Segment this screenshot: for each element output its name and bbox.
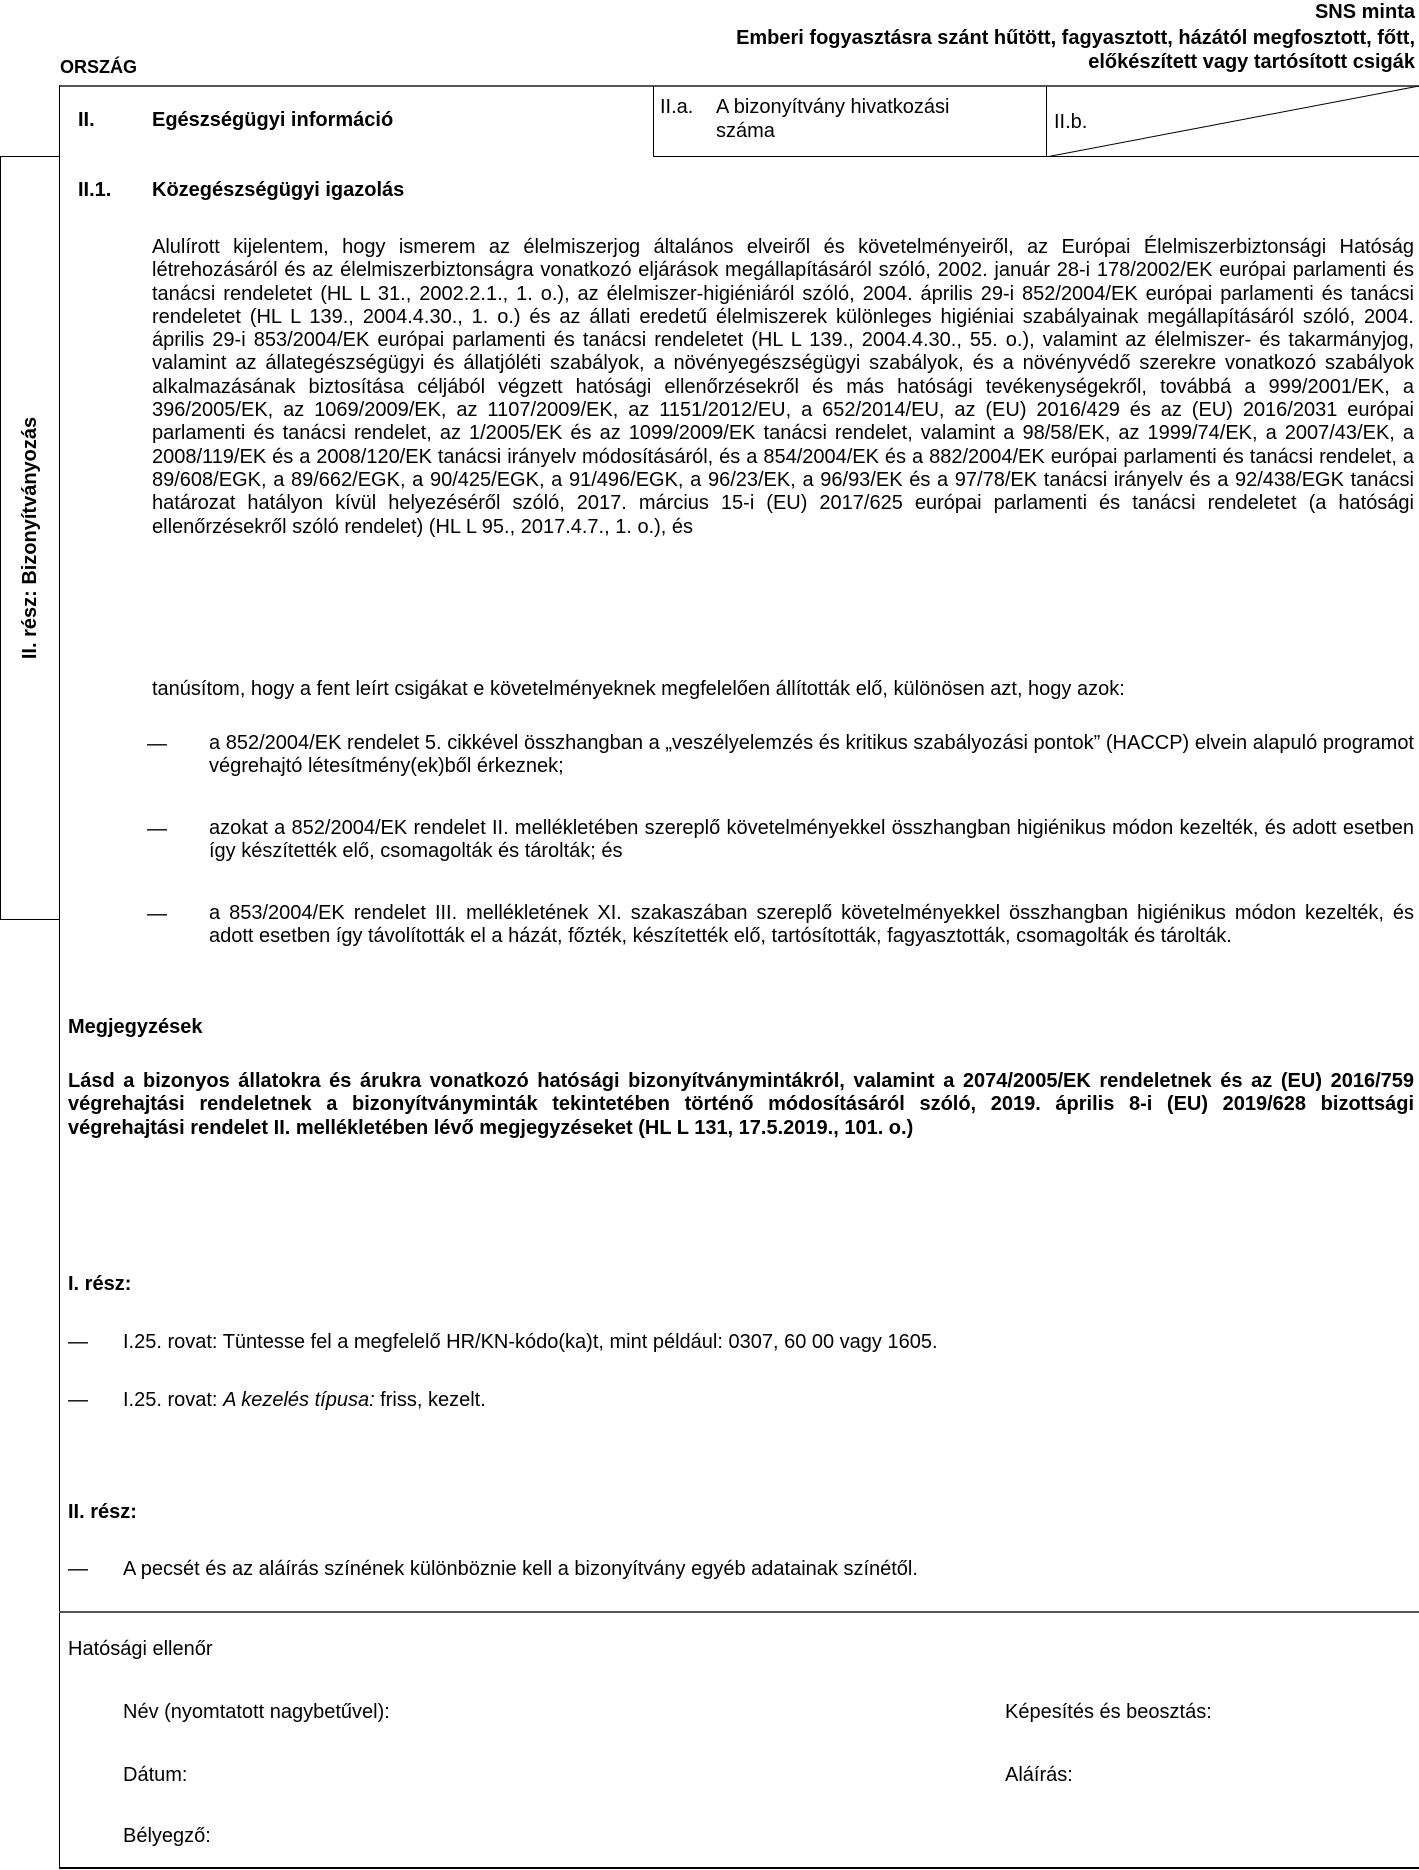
- notes-title: Megjegyzések: [68, 1015, 203, 1039]
- part1-item-text: friss, kezelt.: [375, 1389, 486, 1411]
- document-title-line1: Emberi fogyasztásra szánt hűtött, fagyas…: [736, 26, 1415, 50]
- model-label: SNS minta: [1315, 0, 1415, 24]
- ref-b-label: II.b.: [1054, 110, 1087, 134]
- document-title-line2: előkészített vagy tartósított csigák: [1088, 50, 1415, 74]
- part1-item-prefix: I.25. rovat:: [123, 1389, 223, 1411]
- bullet-item: a 852/2004/EK rendelet 5. cikkével összh…: [209, 732, 1414, 779]
- qualification-field-label[interactable]: Képesítés és beosztás:: [1005, 1700, 1212, 1724]
- part1-item: I.25. rovat: Tüntesse fel a megfelelő HR…: [123, 1330, 938, 1354]
- part1-item-text: Tüntesse fel a megfelelő HR/KN-kódo(ka)t…: [223, 1331, 938, 1353]
- section-title: Egészségügyi információ: [152, 108, 393, 132]
- sidebar-label: II. rész: Bizonyítványozás: [16, 388, 44, 688]
- ref-box-left-border: [653, 86, 654, 157]
- bullet-dash: —: [68, 1388, 88, 1412]
- notes-paragraph: Lásd a bizonyos állatokra és árukra vona…: [68, 1070, 1414, 1140]
- signature-field-label[interactable]: Aláírás:: [1005, 1763, 1073, 1787]
- part2-item: A pecsét és az aláírás színének különböz…: [123, 1557, 918, 1581]
- bullet-dash: —: [68, 1330, 88, 1354]
- main-left-border: [59, 85, 60, 1869]
- part2-title: II. rész:: [68, 1500, 137, 1524]
- bullet-dash: —: [147, 817, 167, 841]
- ref-b-diagonal-strike: [1046, 86, 1419, 157]
- ref-label-line2: száma: [716, 119, 775, 143]
- ref-label-line1: A bizonyítvány hivatkozási: [716, 95, 949, 119]
- country-label: ORSZÁG: [60, 55, 137, 79]
- signature-title: Hatósági ellenőr: [68, 1637, 213, 1661]
- part1-item-italic: A kezelés típusa:: [223, 1389, 375, 1411]
- sidebar: II. rész: Bizonyítványozás: [0, 156, 59, 920]
- part1-item-prefix: I.25. rovat:: [123, 1331, 223, 1353]
- certification-title: Közegészségügyi igazolás: [152, 178, 404, 202]
- section-number: II.: [78, 108, 95, 132]
- certification-number: II.1.: [78, 178, 111, 202]
- signature-divider: [59, 1611, 1419, 1613]
- ref-number-label: II.a.: [660, 95, 693, 119]
- part1-item: I.25. rovat: A kezelés típusa: friss, ke…: [123, 1388, 486, 1412]
- name-field-label[interactable]: Név (nyomtatott nagybetűvel):: [123, 1700, 390, 1724]
- bullet-dash: —: [147, 732, 167, 756]
- certification-intro: Alulírott kijelentem, hogy ismerem az él…: [152, 236, 1414, 539]
- attest-sentence: tanúsítom, hogy a fent leírt csigákat e …: [152, 677, 1414, 701]
- part1-title: I. rész:: [68, 1272, 131, 1296]
- bullet-item: a 853/2004/EK rendelet III. mellékleténe…: [209, 902, 1414, 949]
- bottom-border: [59, 1867, 1419, 1869]
- bullet-dash: —: [147, 902, 167, 926]
- date-field-label[interactable]: Dátum:: [123, 1763, 187, 1787]
- bullet-item: azokat a 852/2004/EK rendelet II. mellék…: [209, 817, 1414, 864]
- stamp-field-label[interactable]: Bélyegző:: [123, 1824, 211, 1848]
- bullet-dash: —: [68, 1557, 88, 1581]
